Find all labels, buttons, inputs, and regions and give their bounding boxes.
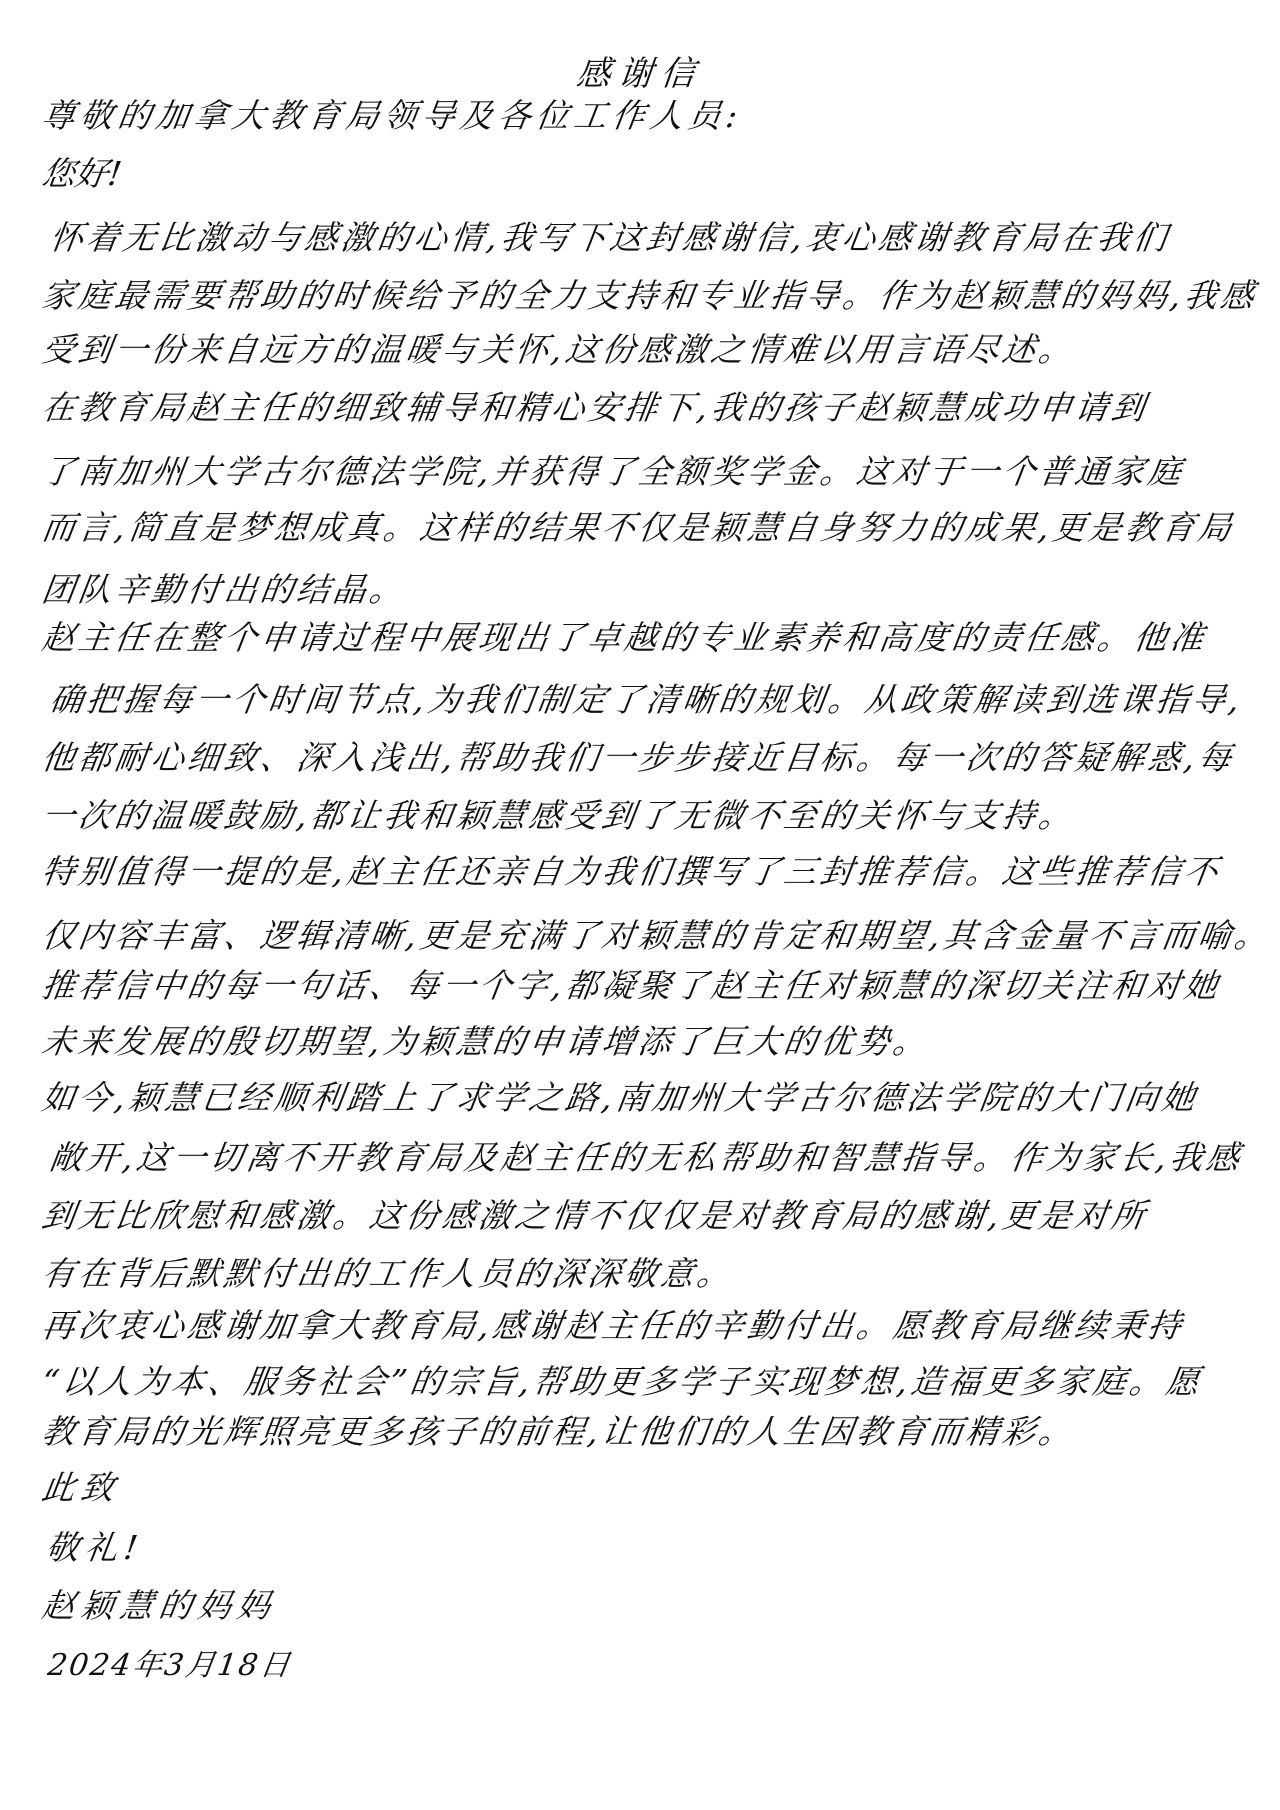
text-line: 特别值得一提的是,赵主任还亲自为我们撰写了三封推荐信。这些推荐信不: [39, 852, 1223, 892]
text-line: “以人为本、服务社会”的宗旨,帮助更多学子实现梦想,造福更多家庭。愿: [39, 1362, 1205, 1402]
text-line: 他都耐心细致、深入浅出,帮助我们一步步接近目标。每一次的答疑解惑,每: [39, 738, 1237, 778]
text-line: 而言,简直是梦想成真。这样的结果不仅是颖慧自身努力的成果,更是教育局: [39, 508, 1237, 548]
salutation: 尊敬的加拿大教育局领导及各位工作人员:: [39, 96, 745, 136]
text-line: 敞开,这一切离不开教育局及赵主任的无私帮助和智慧指导。作为家长,我感: [47, 1138, 1245, 1178]
text-line: 如今,颖慧已经顺利踏上了求学之路,南加州大学古尔德法学院的大门向她: [39, 1078, 1201, 1118]
text-line: 确把握每一个时间节点,为我们制定了清晰的规划。从政策解读到选课指导,: [47, 680, 1245, 720]
text-line: 了南加州大学古尔德法学院,并获得了全额奖学金。这对于一个普通家庭: [39, 452, 1187, 492]
letter-page: 感谢信 尊敬的加拿大教育局领导及各位工作人员: 您好! 怀着无比激动与感激的心情…: [0, 0, 1280, 1810]
greeting: 您好!: [39, 154, 124, 194]
text-line: 到无比欣慰和感激。这份感激之情不仅仅是对教育局的感谢,更是对所: [39, 1196, 1151, 1236]
text-line: 家庭最需要帮助的时候给予的全力支持和专业指导。作为赵颖慧的妈妈,我感: [39, 276, 1260, 316]
signature: 赵颖慧的妈妈: [39, 1586, 279, 1626]
letter-title: 感谢信: [0, 46, 1280, 95]
text-line: 再次衷心感谢加拿大教育局,感谢赵主任的辛勤付出。愿教育局继续秉持: [39, 1306, 1187, 1346]
text-line: 怀着无比激动与感激的心情,我写下这封感谢信,衷心感谢教育局在我们: [47, 218, 1172, 258]
text-line: 一次的温暖鼓励,都让我和颖慧感受到了无微不至的关怀与支持。: [39, 796, 1078, 836]
text-line: 仅内容丰富、逻辑清晰,更是充满了对颖慧的肯定和期望,其含金量不言而喻。: [39, 916, 1274, 956]
text-line: 未来发展的殷切期望,为颖慧的申请增添了巨大的优势。: [39, 1022, 932, 1062]
text-line: 教育局的光辉照亮更多孩子的前程,让他们的人生因教育而精彩。: [39, 1412, 1078, 1452]
letter-date: 2024年3月18日: [45, 1646, 294, 1686]
text-line: 团队辛勤付出的结晶。: [39, 570, 409, 610]
text-line: 推荐信中的每一句话、每一个字,都凝聚了赵主任对颖慧的深切关注和对她: [39, 966, 1223, 1006]
text-line: 有在背后默默付出的工作人员的深深敬意。: [39, 1254, 736, 1294]
closing-line-2: 敬礼!: [43, 1528, 146, 1568]
text-line: 赵主任在整个申请过程中展现出了卓越的专业素养和高度的责任感。他准: [39, 618, 1209, 658]
text-line: 在教育局赵主任的细致辅导和精心安排下,我的孩子赵颖慧成功申请到: [39, 388, 1151, 428]
closing-line-1: 此致: [39, 1468, 123, 1508]
text-line: 受到一份来自远方的温暖与关怀,这份感激之情难以用言语尽述。: [39, 330, 1078, 370]
